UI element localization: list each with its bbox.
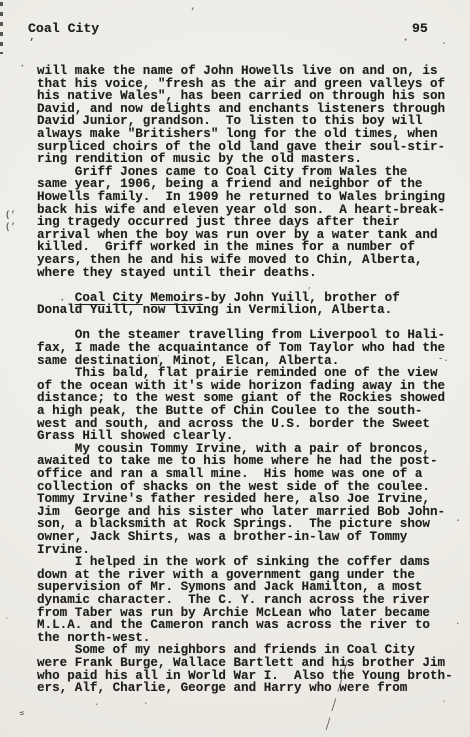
scan-speck: (’: [5, 211, 16, 220]
text-line: Grass Hill showed clearly.: [37, 430, 453, 443]
text-line: office and ran a small mine. His home wa…: [37, 468, 453, 481]
text-line: ers, Alf, Charlie, George and Harry who …: [37, 682, 453, 695]
text-line: Tommy Irvine's father resided here, also…: [37, 493, 453, 506]
scan-speck: ·: [94, 701, 99, 710]
text-line: his native Wales", has been carried on t…: [37, 90, 453, 103]
scan-speck: ·: [19, 62, 26, 73]
text-line: I helped in the work of sinking the coff…: [37, 556, 453, 569]
page-number: 95: [412, 22, 428, 35]
text-line: will make the name of John Howells live …: [37, 65, 453, 78]
text-line: years, then he and his wife moved to Chi…: [37, 254, 453, 267]
scan-speck: ·: [4, 615, 9, 624]
text-line: ring rendition of music by the old maste…: [37, 153, 453, 166]
scan-speck: (’: [5, 223, 16, 232]
text-line: fax, I made the acquaintance of Tom Tayl…: [37, 342, 453, 355]
text-line: ing tragedy occurred just three days aft…: [37, 216, 453, 229]
running-header-title: Coal City: [28, 22, 99, 35]
text-line: Donald Yuill, now living in Vermilion, A…: [37, 304, 453, 317]
text-line: owner, Jack Shirts, was a brother-in-law…: [37, 531, 453, 544]
text-line: dynamic character. The C. Y. ranch acros…: [37, 594, 453, 607]
scan-speck: ·: [455, 620, 460, 629]
edge-dash-artifact: [0, 2, 3, 54]
document-body: will make the name of John Howells live …: [37, 65, 453, 695]
scan-speck: =: [19, 711, 25, 720]
scan-speck: ·: [441, 698, 446, 707]
scan-speck: ·: [441, 40, 447, 50]
text-line: were Frank Burge, Wallace Bartlett and h…: [37, 657, 453, 670]
scan-speck: ·: [455, 517, 461, 527]
text-line: always make "Britishers" long for the ol…: [37, 128, 453, 141]
text-line: M.L.A. and the Cameron ranch was across …: [37, 619, 453, 632]
scanned-document-page: Coal City 95 will make the name of John …: [0, 0, 470, 737]
text-line: Howells family. In 1909 he returned to W…: [37, 191, 453, 204]
text-line: This bald, flat prairie reminded one of …: [37, 367, 453, 380]
scan-speck: ’: [190, 8, 195, 17]
text-line: where they stayed until their deaths.: [37, 267, 453, 280]
scan-speck: ·: [143, 700, 148, 709]
scan-speck: ·: [402, 34, 409, 46]
text-line: a high peak, the Butte of Chin Coulee to…: [37, 405, 453, 418]
